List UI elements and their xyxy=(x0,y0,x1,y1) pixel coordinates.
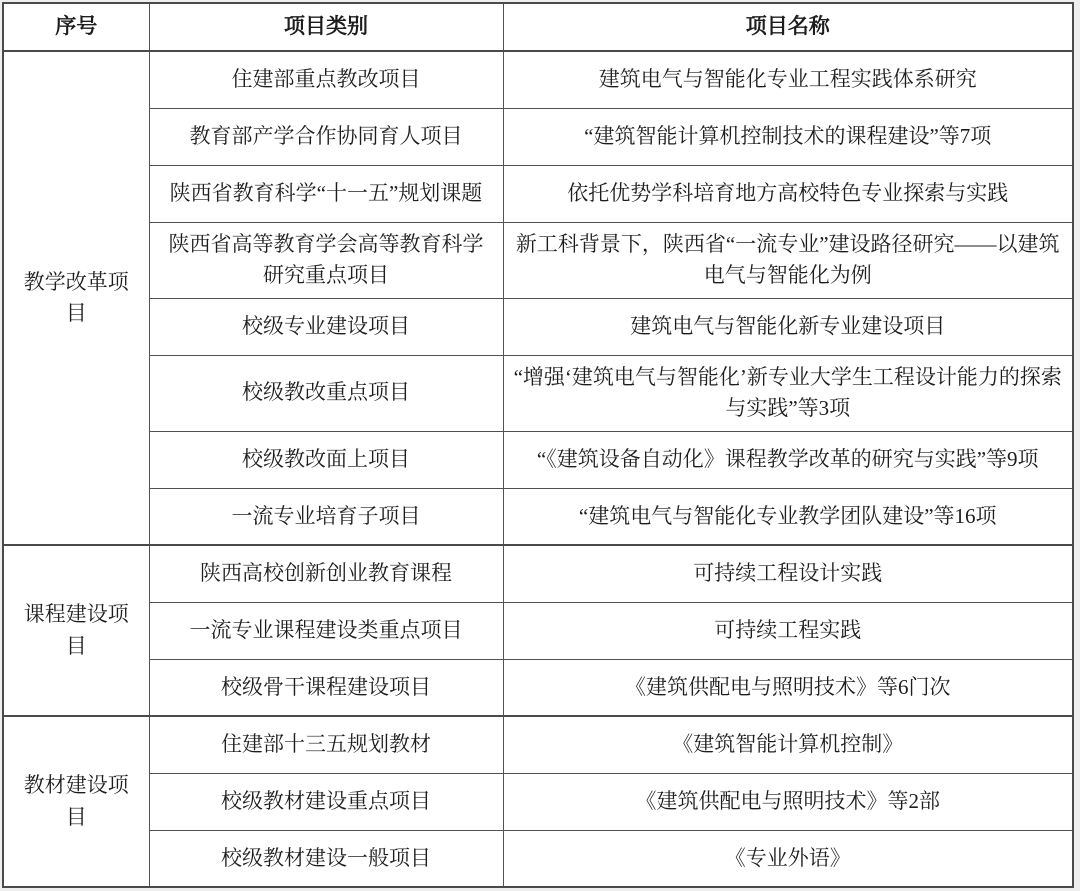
project-name-cell: 《建筑供配电与照明技术》等2部 xyxy=(503,773,1073,830)
col-header-seq: 序号 xyxy=(3,3,149,51)
table-row: 陕西省高等教育学会高等教育科学研究重点项目新工科背景下，陕西省“一流专业”建设路… xyxy=(3,222,1073,298)
table-header: 序号 项目类别 项目名称 xyxy=(3,3,1073,51)
table-row: 校级教改面上项目“《建筑设备自动化》课程教学改革的研究与实践”等9项 xyxy=(3,431,1073,488)
table-row: 校级教改重点项目“增强‘建筑电气与智能化’新专业大学生工程设计能力的探索与实践”… xyxy=(3,355,1073,431)
project-name-cell: 可持续工程设计实践 xyxy=(503,545,1073,602)
table-row: 教育部产学合作协同育人项目“建筑智能计算机控制技术的课程建设”等7项 xyxy=(3,108,1073,165)
project-type-cell: 校级教材建设重点项目 xyxy=(149,773,503,830)
project-type-cell: 一流专业培育子项目 xyxy=(149,488,503,545)
project-type-cell: 陕西高校创新创业教育课程 xyxy=(149,545,503,602)
table-row: 一流专业课程建设类重点项目可持续工程实践 xyxy=(3,602,1073,659)
table-row: 校级骨干课程建设项目《建筑供配电与照明技术》等6门次 xyxy=(3,659,1073,716)
project-type-cell: 校级教改重点项目 xyxy=(149,355,503,431)
table-row: 校级教材建设一般项目《专业外语》 xyxy=(3,830,1073,887)
table-row: 校级专业建设项目建筑电气与智能化新专业建设项目 xyxy=(3,298,1073,355)
col-header-name: 项目名称 xyxy=(503,3,1073,51)
header-row: 序号 项目类别 项目名称 xyxy=(3,3,1073,51)
category-cell: 教学改革项目 xyxy=(3,51,149,545)
project-type-cell: 校级教材建设一般项目 xyxy=(149,830,503,887)
project-name-cell: 建筑电气与智能化新专业建设项目 xyxy=(503,298,1073,355)
project-type-cell: 校级骨干课程建设项目 xyxy=(149,659,503,716)
project-type-cell: 住建部十三五规划教材 xyxy=(149,716,503,773)
projects-table: 序号 项目类别 项目名称 教学改革项目住建部重点教改项目建筑电气与智能化专业工程… xyxy=(2,2,1074,888)
project-name-cell: “建筑电气与智能化专业教学团队建设”等16项 xyxy=(503,488,1073,545)
table-row: 校级教材建设重点项目《建筑供配电与照明技术》等2部 xyxy=(3,773,1073,830)
project-type-cell: 校级教改面上项目 xyxy=(149,431,503,488)
project-name-cell: “增强‘建筑电气与智能化’新专业大学生工程设计能力的探索与实践”等3项 xyxy=(503,355,1073,431)
project-type-cell: 住建部重点教改项目 xyxy=(149,51,503,108)
document-page: 序号 项目类别 项目名称 教学改革项目住建部重点教改项目建筑电气与智能化专业工程… xyxy=(0,0,1080,891)
project-name-cell: 新工科背景下，陕西省“一流专业”建设路径研究——以建筑电气与智能化为例 xyxy=(503,222,1073,298)
table-row: 教学改革项目住建部重点教改项目建筑电气与智能化专业工程实践体系研究 xyxy=(3,51,1073,108)
project-name-cell: 可持续工程实践 xyxy=(503,602,1073,659)
project-name-cell: 《专业外语》 xyxy=(503,830,1073,887)
project-name-cell: “《建筑设备自动化》课程教学改革的研究与实践”等9项 xyxy=(503,431,1073,488)
table-row: 教材建设项目住建部十三五规划教材《建筑智能计算机控制》 xyxy=(3,716,1073,773)
project-name-cell: 《建筑智能计算机控制》 xyxy=(503,716,1073,773)
project-type-cell: 一流专业课程建设类重点项目 xyxy=(149,602,503,659)
col-header-type: 项目类别 xyxy=(149,3,503,51)
project-name-cell: 《建筑供配电与照明技术》等6门次 xyxy=(503,659,1073,716)
table-row: 一流专业培育子项目“建筑电气与智能化专业教学团队建设”等16项 xyxy=(3,488,1073,545)
category-cell: 教材建设项目 xyxy=(3,716,149,887)
project-type-cell: 校级专业建设项目 xyxy=(149,298,503,355)
project-type-cell: 教育部产学合作协同育人项目 xyxy=(149,108,503,165)
table-row: 课程建设项目陕西高校创新创业教育课程可持续工程设计实践 xyxy=(3,545,1073,602)
table-body: 教学改革项目住建部重点教改项目建筑电气与智能化专业工程实践体系研究教育部产学合作… xyxy=(3,51,1073,887)
project-type-cell: 陕西省高等教育学会高等教育科学研究重点项目 xyxy=(149,222,503,298)
project-name-cell: 建筑电气与智能化专业工程实践体系研究 xyxy=(503,51,1073,108)
project-name-cell: 依托优势学科培育地方高校特色专业探索与实践 xyxy=(503,165,1073,222)
project-name-cell: “建筑智能计算机控制技术的课程建设”等7项 xyxy=(503,108,1073,165)
category-cell: 课程建设项目 xyxy=(3,545,149,716)
project-type-cell: 陕西省教育科学“十一五”规划课题 xyxy=(149,165,503,222)
table-row: 陕西省教育科学“十一五”规划课题依托优势学科培育地方高校特色专业探索与实践 xyxy=(3,165,1073,222)
